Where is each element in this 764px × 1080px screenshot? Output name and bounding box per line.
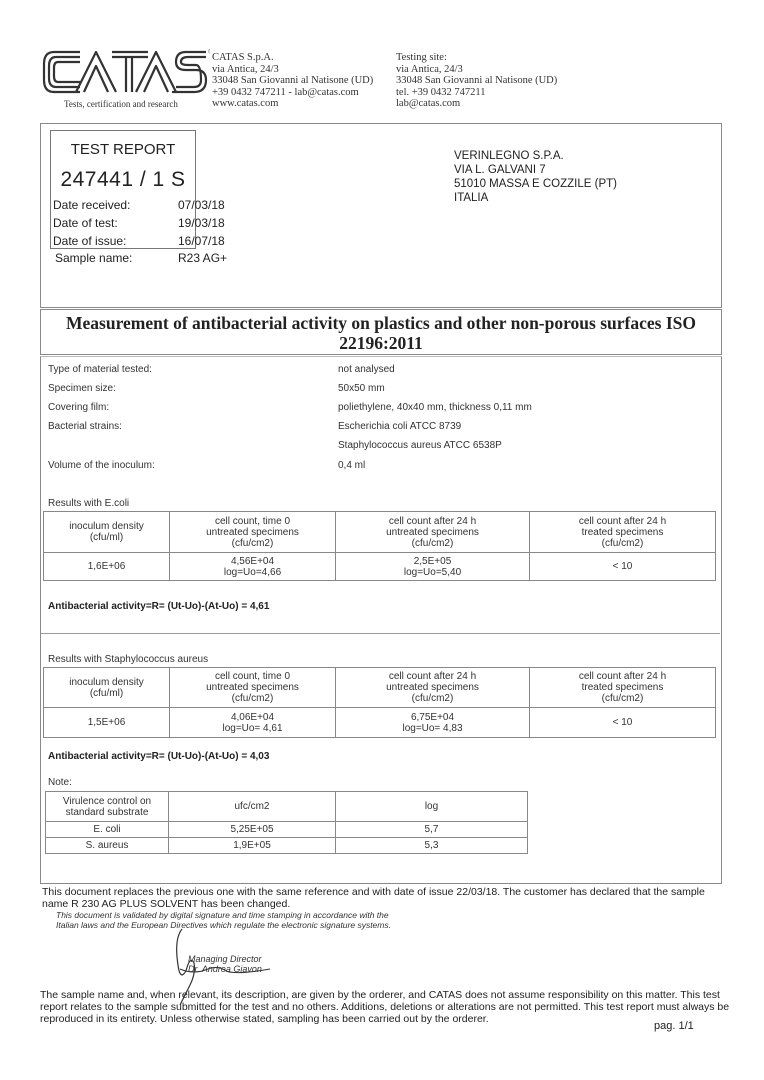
header-time0: cell count, time 0untreated specimens(cf…	[170, 512, 336, 553]
saureus-results-caption: Results with Staphylococcus aureus	[48, 654, 208, 665]
cell-ufc: 5,25E+05	[169, 822, 336, 838]
header-log: log	[336, 792, 528, 822]
table-row: E. coli 5,25E+05 5,7	[46, 822, 528, 838]
date-of-issue-label: Date of issue:	[53, 234, 126, 248]
company-address: CATAS S.p.A. via Antica, 24/3 33048 San …	[212, 52, 373, 110]
catas-logo: ® Tests, certification and research	[40, 46, 210, 110]
table-header-row: inoculum density(cfu/ml) cell count, tim…	[44, 668, 716, 708]
header-time0: cell count, time 0untreated specimens(cf…	[170, 668, 336, 708]
replacement-notice: This document replaces the previous one …	[42, 886, 732, 910]
table-header-row: Virulence control onstandard substrate u…	[46, 792, 528, 822]
report-id-box: TEST REPORT 247441 / 1 S	[50, 130, 196, 249]
table-row: 1,5E+06 4,06E+04log=Uo= 4,61 6,75E+04log…	[44, 708, 716, 738]
divider	[41, 633, 720, 634]
spec-label-size: Specimen size:	[48, 383, 116, 394]
date-received-value: 07/03/18	[178, 198, 225, 212]
cell-24h-untreated: 2,5E+05log=Uo=5,40	[336, 553, 530, 581]
header-24h-untreated: cell count after 24 huntreated specimens…	[336, 512, 530, 553]
logo-tagline: Tests, certification and research	[64, 99, 178, 109]
date-of-test-label: Date of test:	[53, 216, 118, 230]
cell-ufc: 1,9E+05	[169, 838, 336, 854]
catas-logo-mark: ®	[40, 46, 210, 98]
header-ufc: ufc/cm2	[169, 792, 336, 822]
date-received-label: Date received:	[53, 198, 130, 212]
cell-time0: 4,56E+04log=Uo=4,66	[170, 553, 336, 581]
testing-site-address: Testing site: via Antica, 24/3 33048 San…	[396, 52, 557, 110]
note-label: Note:	[48, 777, 72, 788]
date-of-test-value: 19/03/18	[178, 216, 225, 230]
spec-label-strains: Bacterial strains:	[48, 421, 122, 432]
cell-24h-untreated: 6,75E+04log=Uo= 4,83	[336, 708, 530, 738]
ecoli-results-table: inoculum density(cfu/ml) cell count, tim…	[43, 511, 716, 581]
ecoli-antibacterial-activity: Antibacterial activity=R= (Ut-Uo)-(At-Uo…	[48, 601, 269, 612]
table-row: 1,6E+06 4,56E+04log=Uo=4,66 2,5E+05log=U…	[44, 553, 716, 581]
table-row: S. aureus 1,9E+05 5,3	[46, 838, 528, 854]
table-header-row: inoculum density(cfu/ml) cell count, tim…	[44, 512, 716, 553]
sample-name-label: Sample name:	[55, 251, 132, 265]
cell-time0: 4,06E+04log=Uo= 4,61	[170, 708, 336, 738]
header-24h-treated: cell count after 24 htreated specimens(c…	[530, 668, 716, 708]
test-title: Measurement of antibacterial activity on…	[41, 313, 721, 353]
spec-label-material: Type of material tested:	[48, 364, 152, 375]
header-inoculum: inoculum density(cfu/ml)	[44, 512, 170, 553]
svg-text:®: ®	[208, 48, 210, 56]
sample-name-value: R23 AG+	[178, 251, 227, 265]
header-24h-untreated: cell count after 24 huntreated specimens…	[336, 668, 530, 708]
header-24h-treated: cell count after 24 htreated specimens(c…	[530, 512, 716, 553]
ecoli-results-caption: Results with E.coli	[48, 498, 129, 509]
page-number: pag. 1/1	[654, 1020, 694, 1032]
date-of-issue-value: 16/07/18	[178, 234, 225, 248]
header-inoculum: inoculum density(cfu/ml)	[44, 668, 170, 708]
spec-label-film: Covering film:	[48, 402, 109, 413]
virulence-control-table: Virulence control onstandard substrate u…	[45, 791, 528, 854]
cell-inoculum: 1,5E+06	[44, 708, 170, 738]
header-virulence: Virulence control onstandard substrate	[46, 792, 169, 822]
saureus-results-table: inoculum density(cfu/ml) cell count, tim…	[43, 667, 716, 738]
report-title: TEST REPORT	[51, 141, 195, 158]
cell-inoculum: 1,6E+06	[44, 553, 170, 581]
cell-24h-treated: < 10	[530, 553, 716, 581]
report-number: 247441 / 1 S	[51, 168, 195, 192]
spec-value-volume: 0,4 ml	[338, 460, 365, 471]
spec-value-strain-saureus: Staphylococcus aureus ATCC 6538P	[338, 440, 502, 451]
spec-value-material: not analysed	[338, 364, 395, 375]
spec-value-size: 50x50 mm	[338, 383, 385, 394]
spec-value-strain-ecoli: Escherichia coli ATCC 8739	[338, 421, 461, 432]
cell-log: 5,7	[336, 822, 528, 838]
cell-organism: E. coli	[46, 822, 169, 838]
spec-label-volume: Volume of the inoculum:	[48, 460, 155, 471]
cell-log: 5,3	[336, 838, 528, 854]
cell-24h-treated: < 10	[530, 708, 716, 738]
saureus-antibacterial-activity: Antibacterial activity=R= (Ut-Uo)-(At-Uo…	[48, 751, 269, 762]
signatory: Managing Director Dr. Andrea Giavon	[188, 955, 262, 974]
customer-address: VERINLEGNO S.P.A. VIA L. GALVANI 7 51010…	[454, 149, 617, 205]
cell-organism: S. aureus	[46, 838, 169, 854]
test-title-box: Measurement of antibacterial activity on…	[40, 309, 722, 355]
disclaimer: The sample name and, when relevant, its …	[40, 989, 730, 1025]
spec-value-film: poliethylene, 40x40 mm, thickness 0,11 m…	[338, 402, 532, 413]
